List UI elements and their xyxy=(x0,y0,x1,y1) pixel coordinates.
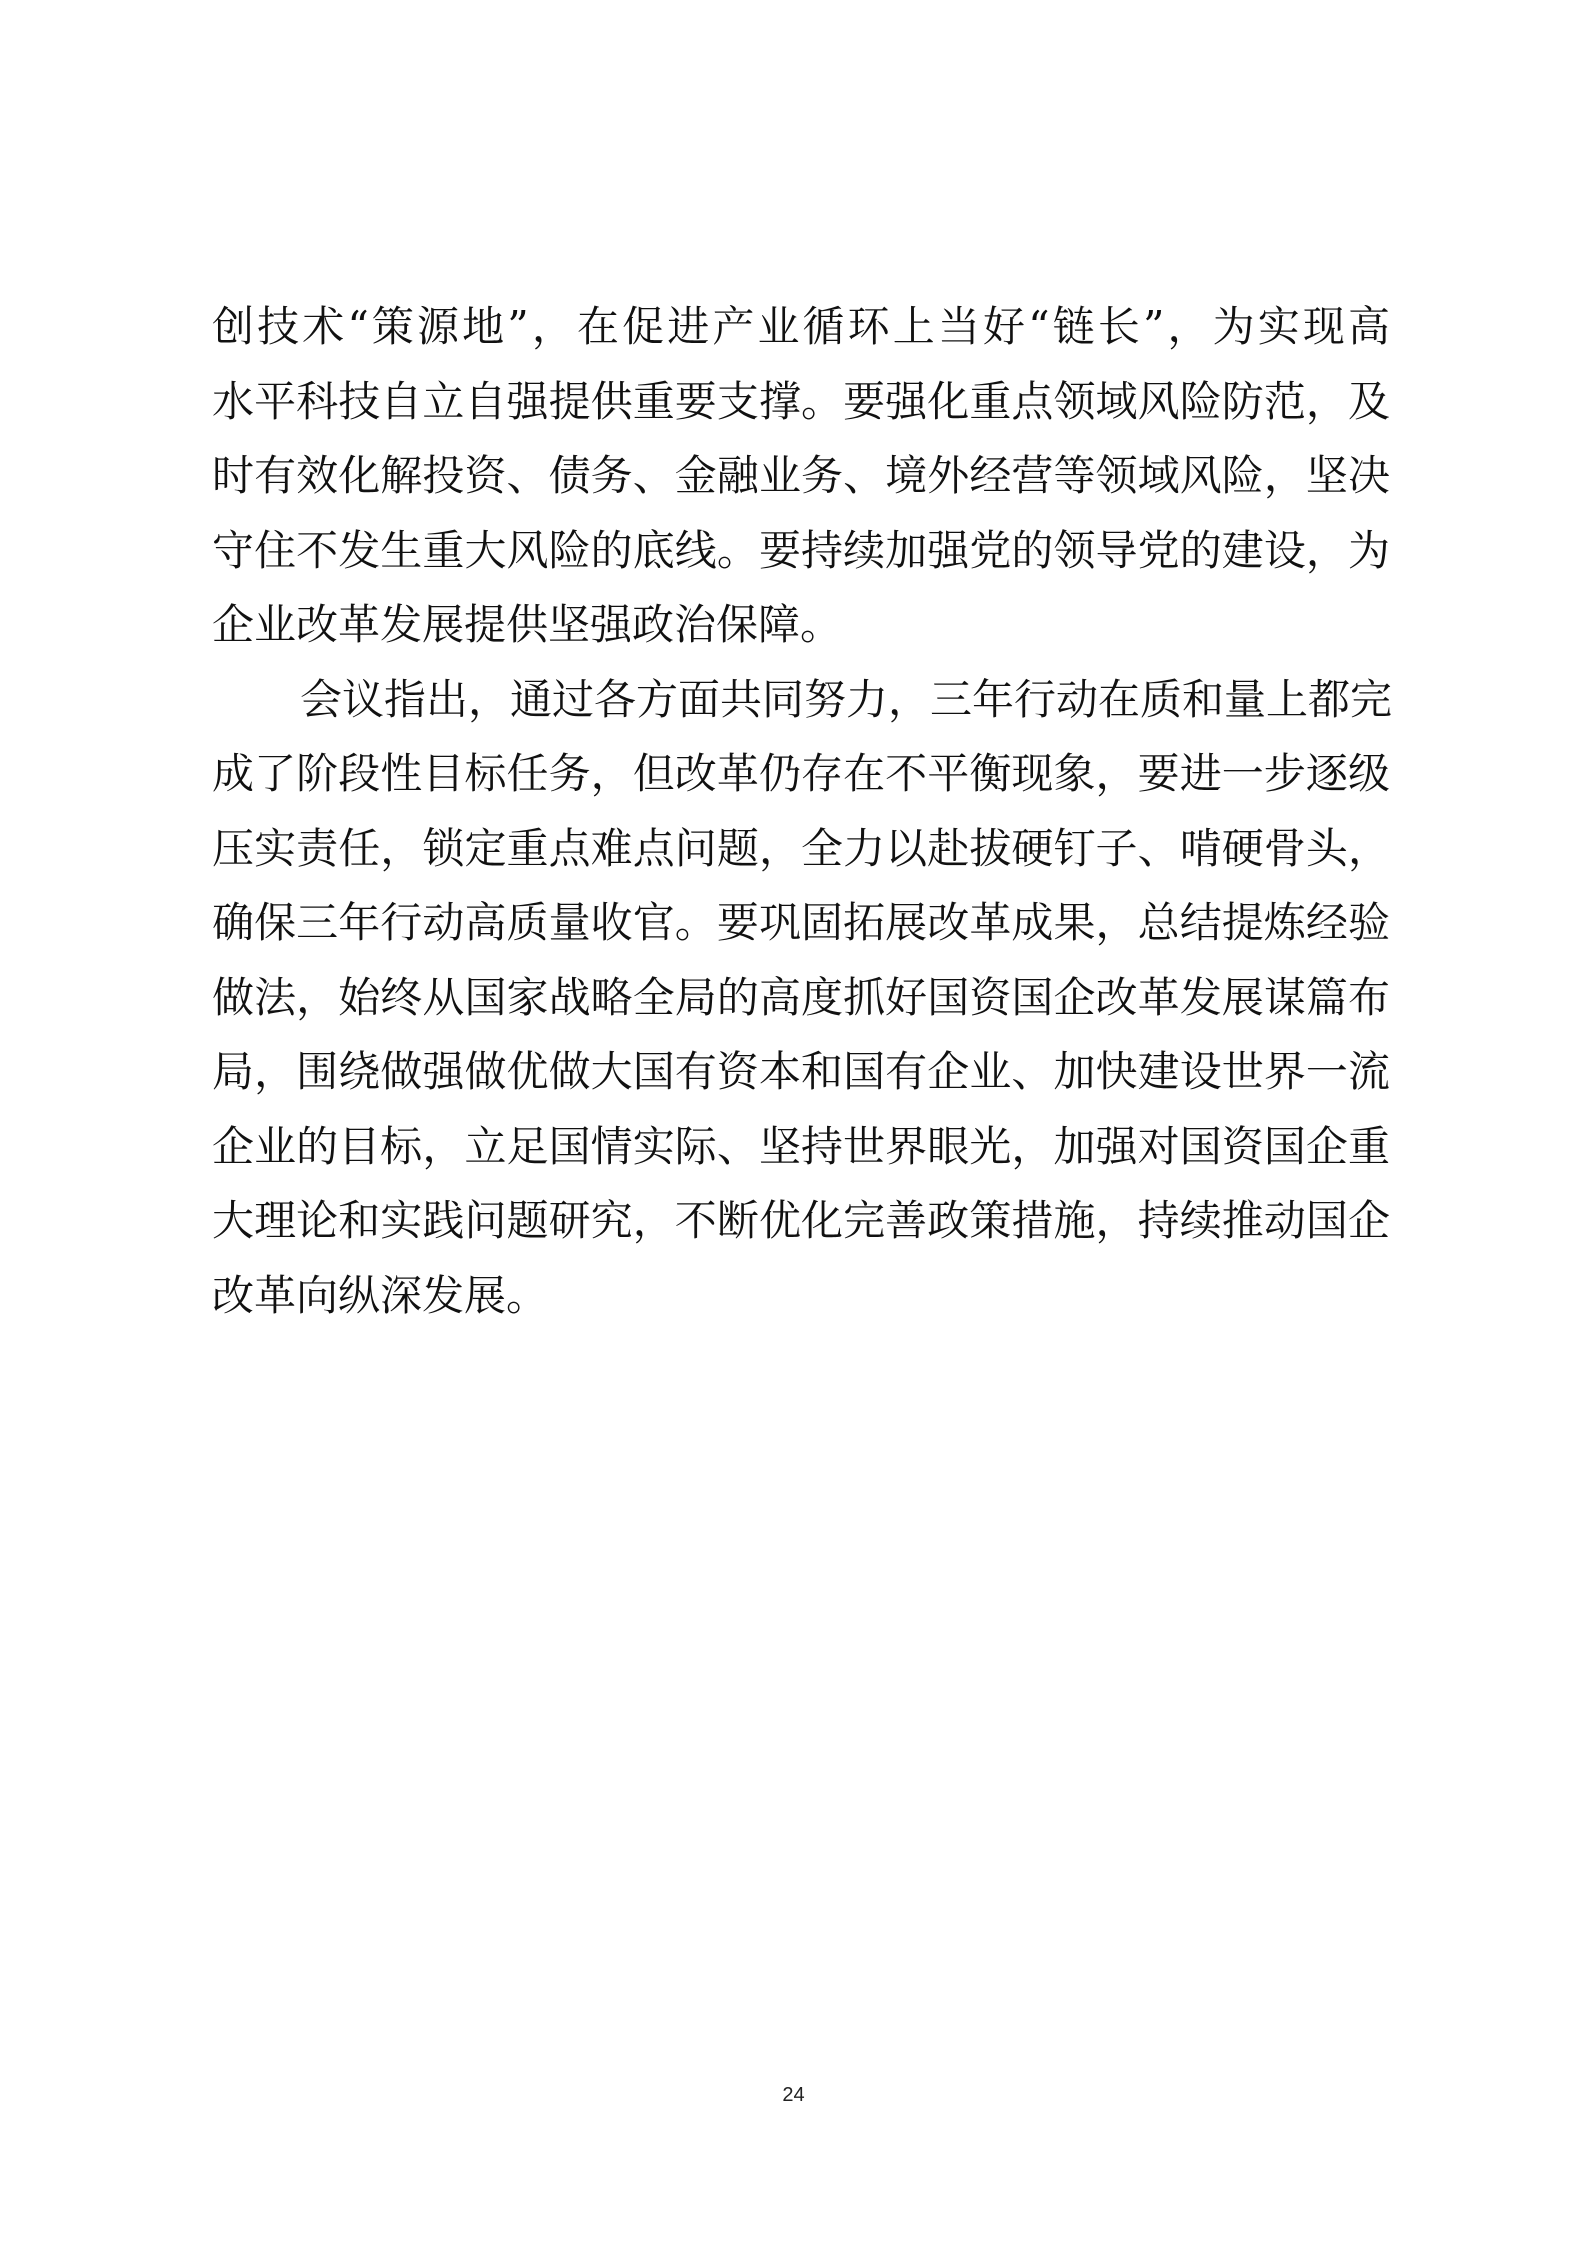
text-line: 企业改革发展提供坚强政治保障。 xyxy=(212,588,1390,663)
paragraph-1: 创技术“策源地”，在促进产业循环上当好“链长”，为实现高 水平科技自立自强提供重… xyxy=(212,290,1390,663)
text-line: 压实责任，锁定重点难点问题，全力以赴拔硬钉子、啃硬骨头， xyxy=(212,812,1390,887)
text-line: 守住不发生重大风险的底线。要持续加强党的领导党的建设，为 xyxy=(212,514,1390,589)
text-line: 确保三年行动高质量收官。要巩固拓展改革成果，总结提炼经验 xyxy=(212,886,1390,961)
body-text: 创技术“策源地”，在促进产业循环上当好“链长”，为实现高 水平科技自立自强提供重… xyxy=(212,290,1390,1333)
page-number: 24 xyxy=(0,2084,1587,2107)
text-line: 大理论和实践问题研究，不断优化完善政策措施，持续推动国企 xyxy=(212,1184,1390,1259)
paragraph-2: 会议指出，通过各方面共同努力，三年行动在质和量上都完 成了阶段性目标任务，但改革… xyxy=(212,663,1390,1334)
text-line: 局，围绕做强做优做大国有资本和国有企业、加快建设世界一流 xyxy=(212,1035,1390,1110)
text-line: 创技术“策源地”，在促进产业循环上当好“链长”，为实现高 xyxy=(212,290,1390,365)
text-line: 时有效化解投资、债务、金融业务、境外经营等领域风险，坚决 xyxy=(212,439,1390,514)
text-line: 成了阶段性目标任务，但改革仍存在不平衡现象，要进一步逐级 xyxy=(212,737,1390,812)
text-line: 改革向纵深发展。 xyxy=(212,1259,1390,1334)
text-line: 会议指出，通过各方面共同努力，三年行动在质和量上都完 xyxy=(212,663,1390,738)
text-line: 做法，始终从国家战略全局的高度抓好国资国企改革发展谋篇布 xyxy=(212,961,1390,1036)
text-line: 企业的目标，立足国情实际、坚持世界眼光，加强对国资国企重 xyxy=(212,1110,1390,1185)
document-page: 创技术“策源地”，在促进产业循环上当好“链长”，为实现高 水平科技自立自强提供重… xyxy=(0,0,1587,2245)
text-line: 水平科技自立自强提供重要支撑。要强化重点领域风险防范，及 xyxy=(212,365,1390,440)
